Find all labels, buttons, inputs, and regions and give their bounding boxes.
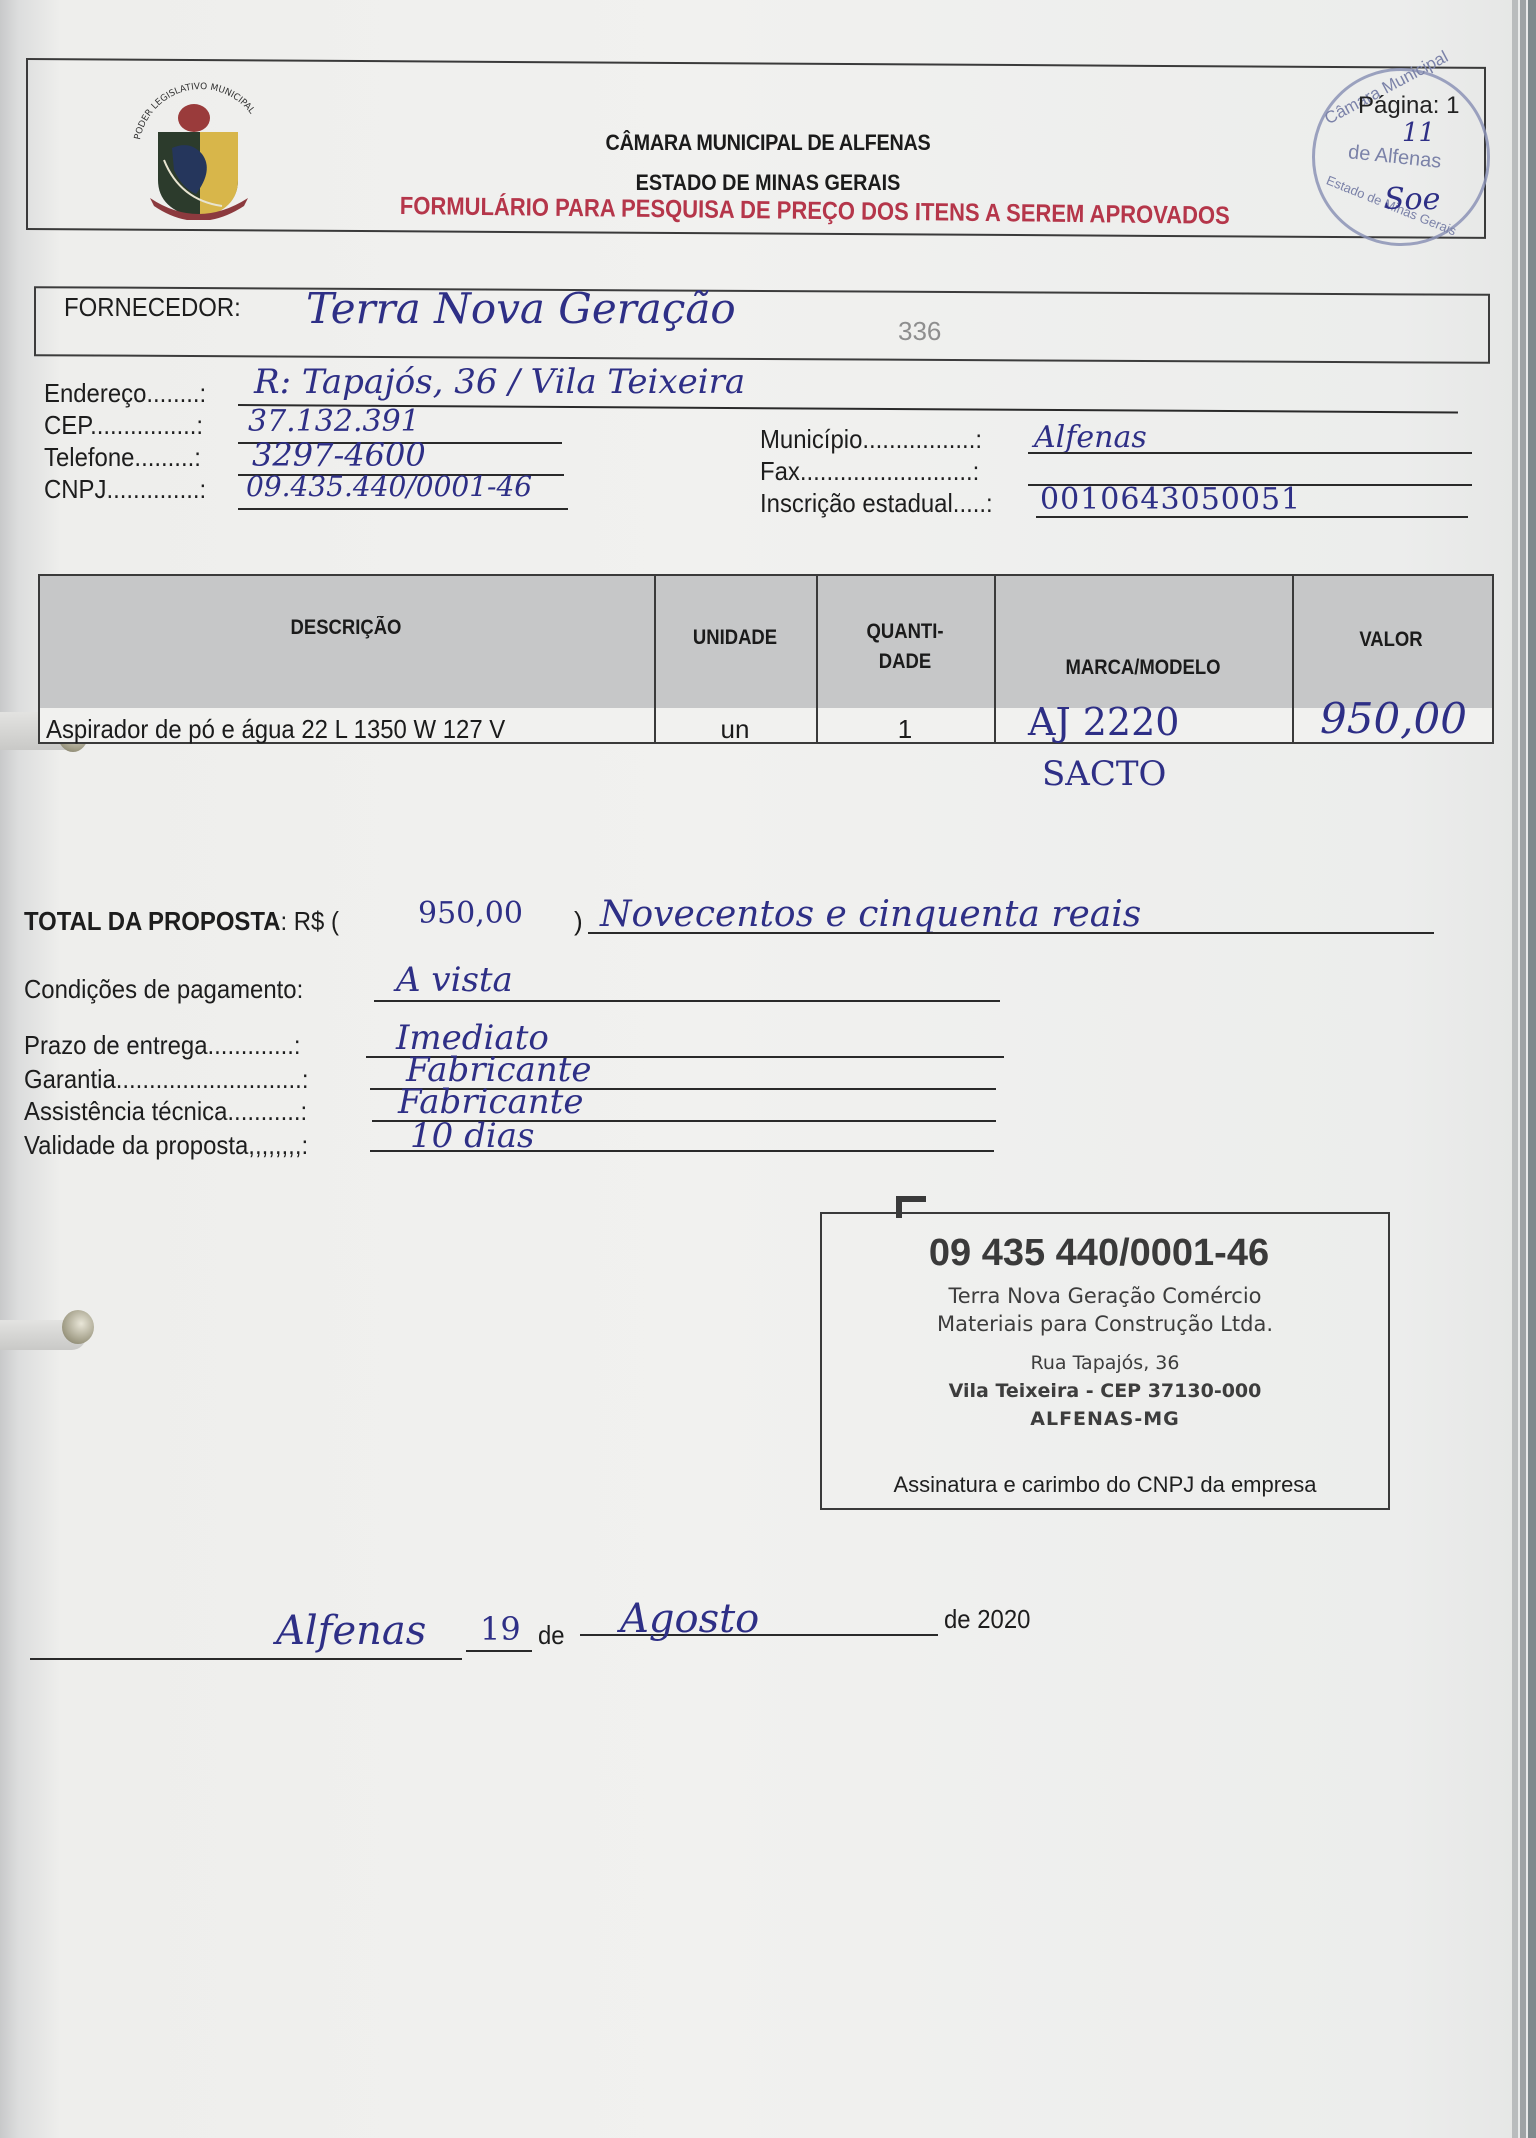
binder-hole bbox=[62, 1310, 94, 1344]
cep-label: CEP................: bbox=[44, 410, 203, 441]
payment-underline bbox=[374, 1000, 1000, 1002]
payment-label: Condições de pagamento: bbox=[24, 974, 303, 1005]
total-words-underline bbox=[588, 932, 1434, 934]
total-value[interactable]: 950,00 bbox=[418, 896, 523, 931]
page-stack-edge bbox=[1520, 0, 1526, 2138]
stamp-address-2: Vila Teixeira - CEP 37130-000 bbox=[822, 1380, 1388, 1402]
cell-value[interactable]: 950,00 bbox=[1320, 694, 1467, 743]
date-day[interactable]: 19 bbox=[480, 1610, 521, 1648]
total-label: TOTAL DA PROPOSTA: R$ ( bbox=[24, 906, 339, 937]
total-in-words[interactable]: Novecentos e cinquenta reais bbox=[600, 894, 1141, 935]
currency-label: : R$ ( bbox=[280, 906, 338, 936]
cnpj-underline bbox=[238, 508, 568, 510]
total-label-text: TOTAL DA PROPOSTA bbox=[24, 906, 280, 936]
municipality-value[interactable]: Alfenas bbox=[1034, 420, 1147, 455]
cell-description: Aspirador de pó e água 22 L 1350 W 127 V bbox=[46, 714, 505, 745]
header-unit: UNIDADE bbox=[664, 626, 807, 650]
column-divider bbox=[1292, 574, 1294, 742]
address-label: Endereço........: bbox=[44, 378, 206, 409]
address-underline bbox=[238, 404, 1458, 413]
validity-label: Validade da proposta,,,,,,,,: bbox=[24, 1130, 308, 1161]
cell-unit: un bbox=[654, 714, 816, 745]
institution-name: CÂMARA MUNICIPAL DE ALFENAS bbox=[77, 130, 1459, 156]
address-value[interactable]: R: Tapajós, 36 / Vila Teixeira bbox=[254, 362, 745, 402]
date-year: de 2020 bbox=[944, 1604, 1030, 1635]
supplier-label: FORNECEDOR: bbox=[64, 292, 241, 323]
stamp-city: ALFENAS-MG bbox=[822, 1408, 1388, 1430]
stamp-initials: Soe bbox=[1384, 182, 1440, 217]
stamp-corner-mark bbox=[896, 1196, 902, 1218]
payment-value[interactable]: A vista bbox=[396, 960, 513, 1000]
municipality-label: Município.................: bbox=[760, 424, 982, 455]
stamp-handwritten-number: 11 bbox=[1402, 118, 1435, 148]
tech-support-label: Assistência técnica...........: bbox=[24, 1096, 307, 1127]
validity-underline bbox=[370, 1150, 994, 1152]
cnpj-value[interactable]: 09.435.440/0001-46 bbox=[246, 470, 532, 503]
municipality-underline bbox=[1028, 452, 1472, 454]
phone-value[interactable]: 3297-4600 bbox=[252, 436, 426, 474]
header-quantity-line1: QUANTI- bbox=[827, 620, 984, 644]
header-value: VALOR bbox=[1304, 628, 1478, 652]
column-divider bbox=[994, 574, 996, 742]
state-registration-value[interactable]: 0010643050051 bbox=[1040, 482, 1301, 517]
date-de-label: de bbox=[538, 1620, 565, 1651]
stamp-caption: Assinatura e carimbo do CNPJ da empresa bbox=[822, 1472, 1388, 1498]
date-day-underline bbox=[466, 1650, 532, 1652]
total-close-paren: ) bbox=[574, 906, 583, 937]
cell-brand-model[interactable]: AJ 2220 bbox=[1028, 700, 1179, 744]
cep-value[interactable]: 37.132.391 bbox=[248, 404, 420, 439]
delivery-label: Prazo de entrega.............: bbox=[24, 1030, 301, 1061]
state-registration-underline bbox=[1036, 516, 1468, 518]
cnpj-label: CNPJ..............: bbox=[44, 474, 206, 505]
fax-label: Fax..........................: bbox=[760, 456, 979, 487]
stamp-company-name-2: Materiais para Construção Ltda. bbox=[822, 1312, 1388, 1336]
warranty-label: Garantia............................: bbox=[24, 1064, 308, 1095]
stamp-address-1: Rua Tapajós, 36 bbox=[822, 1352, 1388, 1374]
state-registration-label: Inscrição estadual.....: bbox=[760, 488, 993, 519]
header-quantity-line2: DADE bbox=[827, 650, 984, 674]
page-stack-edge bbox=[1528, 0, 1536, 2138]
stamp-cnpj: 09 435 440/0001-46 bbox=[816, 1232, 1382, 1275]
supplier-frame bbox=[34, 286, 1490, 364]
header-description: DESCRIÇÃO bbox=[75, 616, 617, 640]
document-page: PODER LEGISLATIVO MUNICIPAL CÂMARA MUNIC… bbox=[0, 0, 1516, 2138]
page-stack-edge bbox=[1512, 0, 1518, 2138]
date-city-underline bbox=[30, 1658, 462, 1660]
page-number: Página: 1 bbox=[1358, 92, 1459, 120]
date-city[interactable]: Alfenas bbox=[276, 1608, 426, 1654]
cell-brand-extra[interactable]: SACTO bbox=[1042, 754, 1166, 794]
supplier-annotation: 336 bbox=[898, 316, 941, 347]
state-name: ESTADO DE MINAS GERAIS bbox=[77, 170, 1459, 196]
cell-quantity: 1 bbox=[816, 714, 994, 745]
stamp-company-name-1: Terra Nova Geração Comércio bbox=[822, 1284, 1388, 1308]
signature-stamp-box: 09 435 440/0001-46 Terra Nova Geração Co… bbox=[820, 1212, 1390, 1510]
items-table: DESCRIÇÃO UNIDADE QUANTI- DADE MARCA/MOD… bbox=[38, 574, 1490, 742]
date-month[interactable]: Agosto bbox=[620, 1596, 759, 1642]
header-brand-model: MARCA/MODELO bbox=[1012, 656, 1274, 680]
supplier-value[interactable]: Terra Nova Geração bbox=[306, 284, 736, 333]
phone-label: Telefone.........: bbox=[44, 442, 201, 473]
